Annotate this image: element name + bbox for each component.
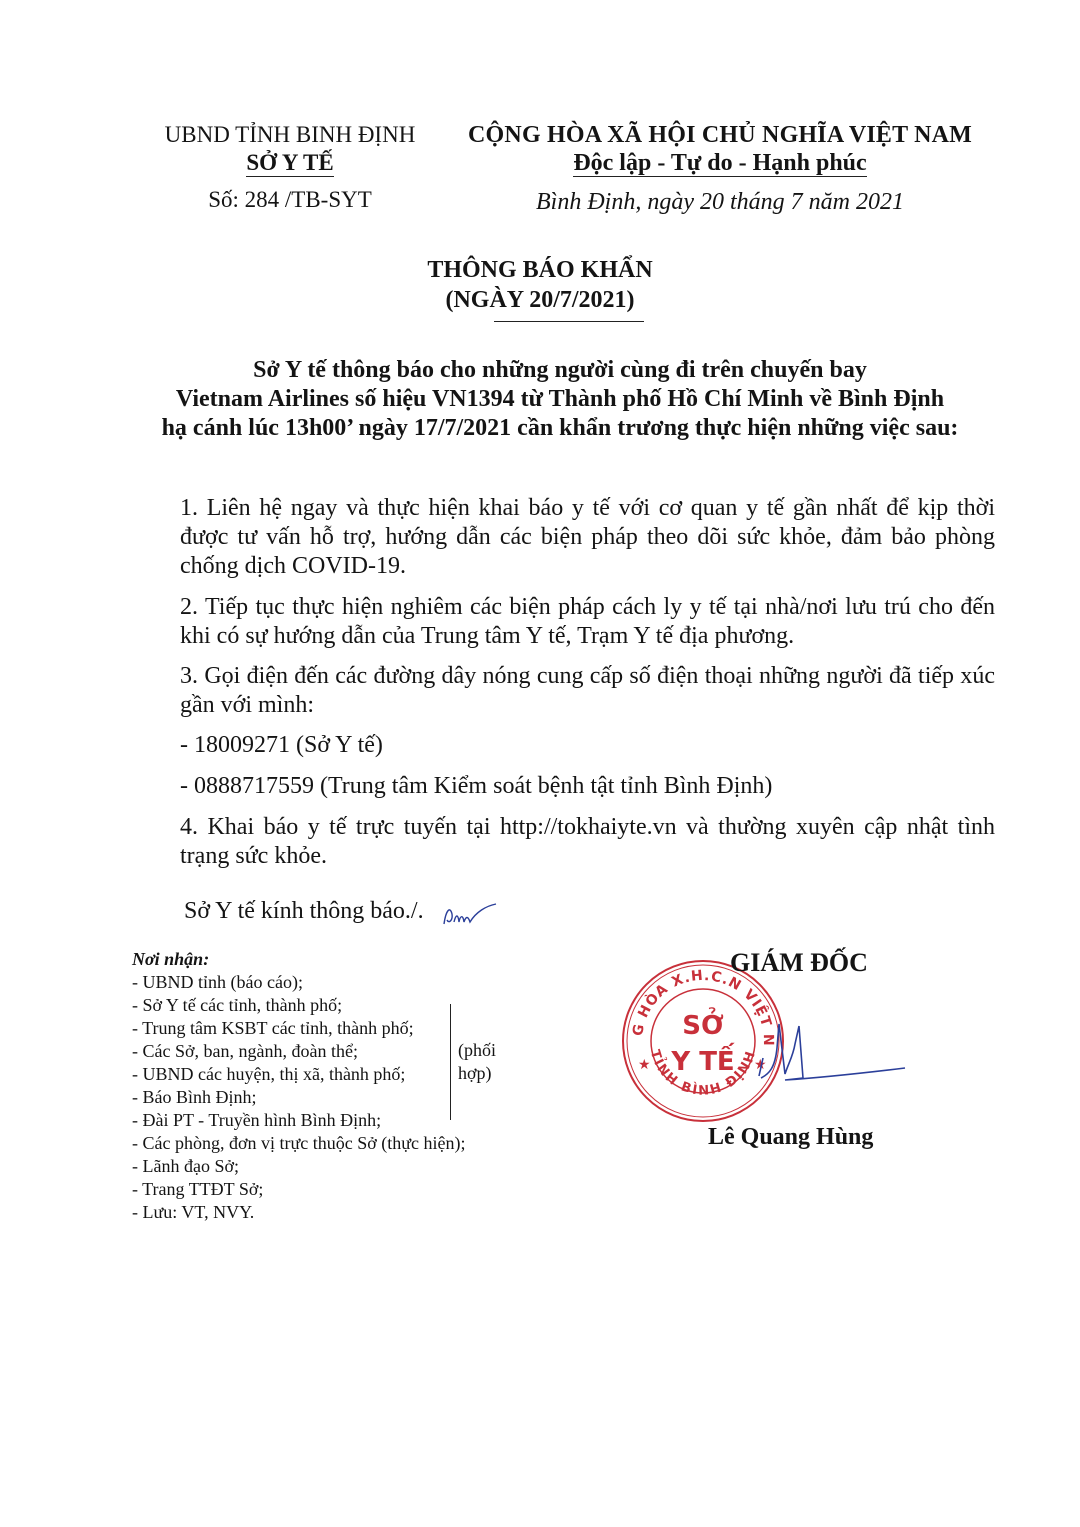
item-4: 4. Khai báo y tế trực tuyến tại http://t… bbox=[180, 813, 995, 871]
issuing-authority: UBND TỈNH BINH ĐỊNH bbox=[140, 120, 440, 150]
place-date: Bình Định, ngày 20 tháng 7 năm 2021 bbox=[460, 187, 980, 217]
national-motto: Độc lập - Tự do - Hạnh phúc bbox=[573, 150, 866, 177]
item-2: 2. Tiếp tục thực hiện nghiêm các biện ph… bbox=[180, 593, 995, 651]
intro-line: Sở Y tế thông báo cho những người cùng đ… bbox=[100, 356, 1020, 385]
hotline-2: - 0888717559 (Trung tâm Kiểm soát bệnh t… bbox=[180, 772, 995, 801]
bracket-note-line: (phối bbox=[458, 1039, 496, 1062]
country-name: CỘNG HÒA XÃ HỘI CHỦ NGHĨA VIỆT NAM bbox=[460, 120, 980, 150]
title-line-2: (NGÀY 20/7/2021) bbox=[0, 285, 1080, 315]
svg-text:★: ★ bbox=[638, 1057, 651, 1073]
header-left: UBND TỈNH BINH ĐỊNH SỞ Y TẾ Số: 284 /TB-… bbox=[140, 120, 440, 215]
bracket-note-line: hợp) bbox=[458, 1062, 496, 1085]
svg-text:SỞ: SỞ bbox=[682, 1005, 724, 1041]
title-line-1: THÔNG BÁO KHẨN bbox=[0, 255, 1080, 285]
department-name: SỞ Y TẾ bbox=[246, 150, 333, 177]
recipient-item: - Đài PT - Truyền hình Bình Định; bbox=[132, 1109, 532, 1132]
signer-title: GIÁM ĐỐC bbox=[730, 948, 868, 978]
recipient-item: - Lưu: VT, NVY. bbox=[132, 1201, 532, 1224]
document-title: THÔNG BÁO KHẨN (NGÀY 20/7/2021) bbox=[0, 255, 1080, 315]
recipient-item: - Sở Y tế các tỉnh, thành phố; bbox=[132, 994, 532, 1017]
bracket-note: (phối hợp) bbox=[458, 1039, 496, 1085]
svg-text:Y TẾ: Y TẾ bbox=[670, 1042, 735, 1077]
recipients-bracket bbox=[450, 1004, 451, 1120]
recipients-block: Nơi nhận: - UBND tỉnh (báo cáo); - Sở Y … bbox=[132, 948, 532, 1224]
director-signature-icon bbox=[755, 1018, 915, 1088]
recipient-item: - UBND tỉnh (báo cáo); bbox=[132, 971, 532, 994]
document-number: Số: 284 /TB-SYT bbox=[140, 185, 440, 215]
title-divider bbox=[494, 321, 644, 322]
hotline-1: - 18009271 (Sở Y tế) bbox=[180, 731, 995, 760]
header-right: CỘNG HÒA XÃ HỘI CHỦ NGHĨA VIỆT NAM Độc l… bbox=[460, 120, 980, 217]
intro-line: Vietnam Airlines số hiệu VN1394 từ Thành… bbox=[100, 385, 1020, 414]
recipient-item: - Các phòng, đơn vị trực thuộc Sở (thực … bbox=[132, 1132, 532, 1155]
recipient-item: - Trang TTĐT Sở; bbox=[132, 1178, 532, 1201]
item-1: 1. Liên hệ ngay và thực hiện khai báo y … bbox=[180, 494, 995, 581]
recipient-item: - Trung tâm KSBT các tỉnh, thành phố; bbox=[132, 1017, 532, 1040]
intro-paragraph: Sở Y tế thông báo cho những người cùng đ… bbox=[100, 356, 1020, 443]
intro-line: hạ cánh lúc 13h00’ ngày 17/7/2021 cần kh… bbox=[100, 414, 1020, 443]
recipients-heading: Nơi nhận: bbox=[132, 948, 532, 971]
initials-signature-icon bbox=[440, 900, 500, 930]
signer-name: Lê Quang Hùng bbox=[708, 1124, 873, 1151]
recipient-item: - Báo Bình Định; bbox=[132, 1086, 532, 1109]
item-3: 3. Gọi điện đến các đường dây nóng cung … bbox=[180, 662, 995, 720]
closing-line: Sở Y tế kính thông báo./. bbox=[184, 898, 424, 925]
recipient-item: - Lãnh đạo Sở; bbox=[132, 1155, 532, 1178]
